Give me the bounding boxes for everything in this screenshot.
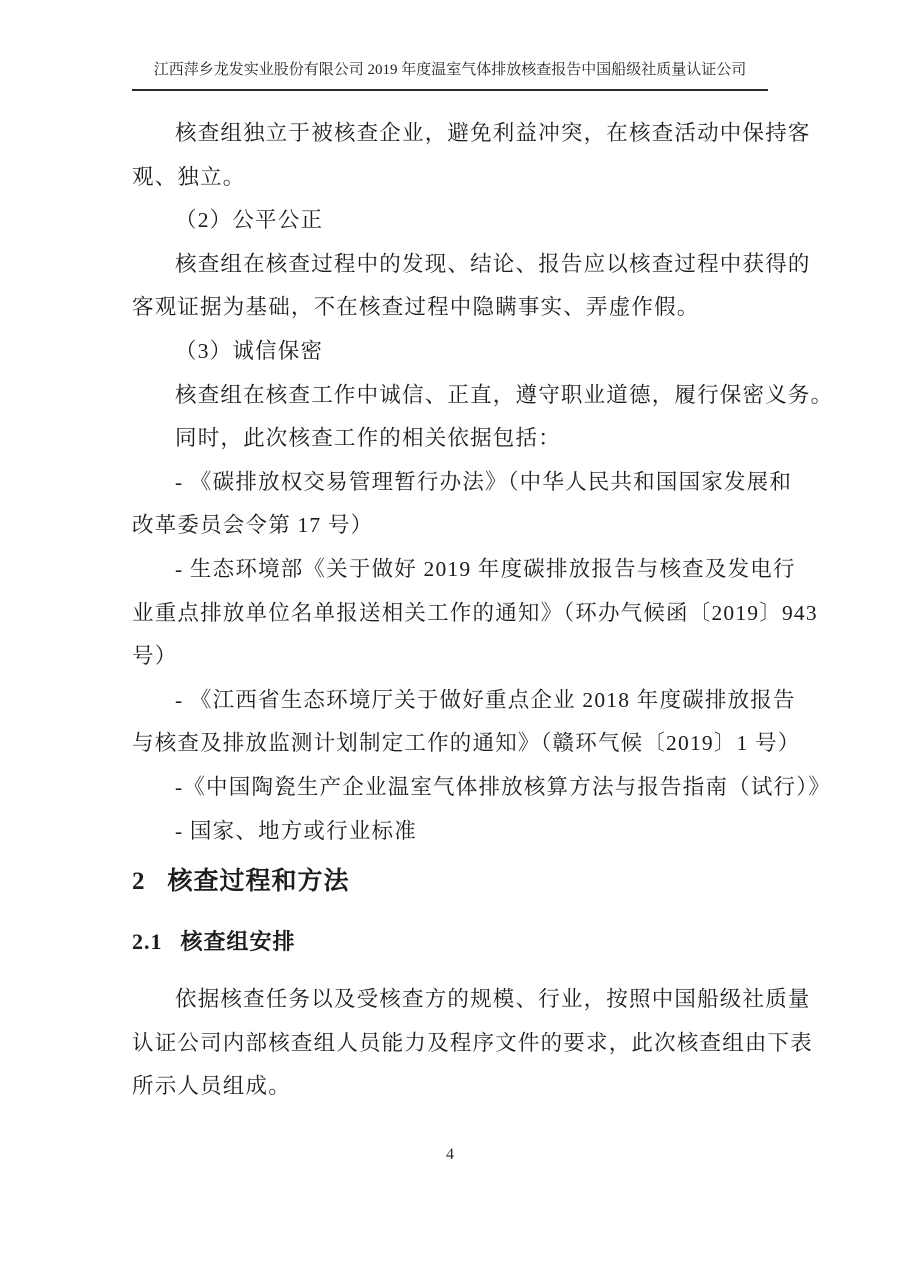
list-item-line: 号） [132, 635, 768, 679]
body-line: 客观证据为基础，不在核查过程中隐瞒事实、弄虚作假。 [132, 286, 768, 330]
paragraph-line: 依据核查任务以及受核查方的规模、行业，按照中国船级社质量 [132, 978, 768, 1022]
list-item-line: - 《江西省生态环境厅关于做好重点企业 2018 年度碳排放报告 [132, 679, 768, 723]
body-line: 同时，此次核查工作的相关依据包括： [132, 417, 768, 461]
list-item-line: 改革委员会令第 17 号） [132, 504, 768, 548]
body-line: 观、独立。 [132, 156, 768, 200]
body-line: （3）诚信保密 [132, 330, 768, 374]
subsection-number: 2.1 [132, 929, 163, 954]
body-line: 核查组在核查工作中诚信、正直，遵守职业道德，履行保密义务。 [132, 374, 768, 418]
list-item-line: - 国家、地方或行业标准 [132, 810, 768, 854]
body-line: （2）公平公正 [132, 199, 768, 243]
closing-paragraph: 依据核查任务以及受核查方的规模、行业，按照中国船级社质量 认证公司内部核查组人员… [132, 978, 768, 1109]
subsection-title: 核查组安排 [181, 929, 296, 954]
paragraph-line: 所示人员组成。 [132, 1065, 768, 1109]
document-page: 江西萍乡龙发实业股份有限公司 2019 年度温室气体排放核查报告中国船级社质量认… [0, 0, 900, 1272]
page-header-title: 江西萍乡龙发实业股份有限公司 2019 年度温室气体排放核查报告中国船级社质量认… [154, 62, 747, 78]
page-number: 4 [0, 1143, 900, 1167]
subsection-heading: 2.1核查组安排 [132, 925, 768, 959]
list-item-line: 与核查及排放监测计划制定工作的通知》（赣环气候〔2019〕1 号） [132, 722, 768, 766]
list-item-line: - 生态环境部《关于做好 2019 年度碳排放报告与核查及发电行 [132, 548, 768, 592]
document-body: 核查组独立于被核查企业，避免利益冲突，在核查活动中保持客 观、独立。 （2）公平… [132, 91, 768, 1109]
list-item-line: -《中国陶瓷生产企业温室气体排放核算方法与报告指南（试行）》 [132, 766, 768, 810]
list-item-line: - 《碳排放权交易管理暂行办法》（中华人民共和国国家发展和 [132, 461, 768, 505]
list-item-line: 业重点排放单位名单报送相关工作的通知》（环办气候函〔2019〕943 [132, 592, 768, 636]
section-number: 2 [132, 868, 146, 895]
page-header: 江西萍乡龙发实业股份有限公司 2019 年度温室气体排放核查报告中国船级社质量认… [132, 0, 768, 91]
section-title: 核查过程和方法 [168, 868, 350, 895]
section-heading: 2核查过程和方法 [132, 863, 768, 901]
body-line: 核查组独立于被核查企业，避免利益冲突，在核查活动中保持客 [132, 112, 768, 156]
paragraph-line: 认证公司内部核查组人员能力及程序文件的要求，此次核查组由下表 [132, 1022, 768, 1066]
body-line: 核查组在核查过程中的发现、结论、报告应以核查过程中获得的 [132, 243, 768, 287]
